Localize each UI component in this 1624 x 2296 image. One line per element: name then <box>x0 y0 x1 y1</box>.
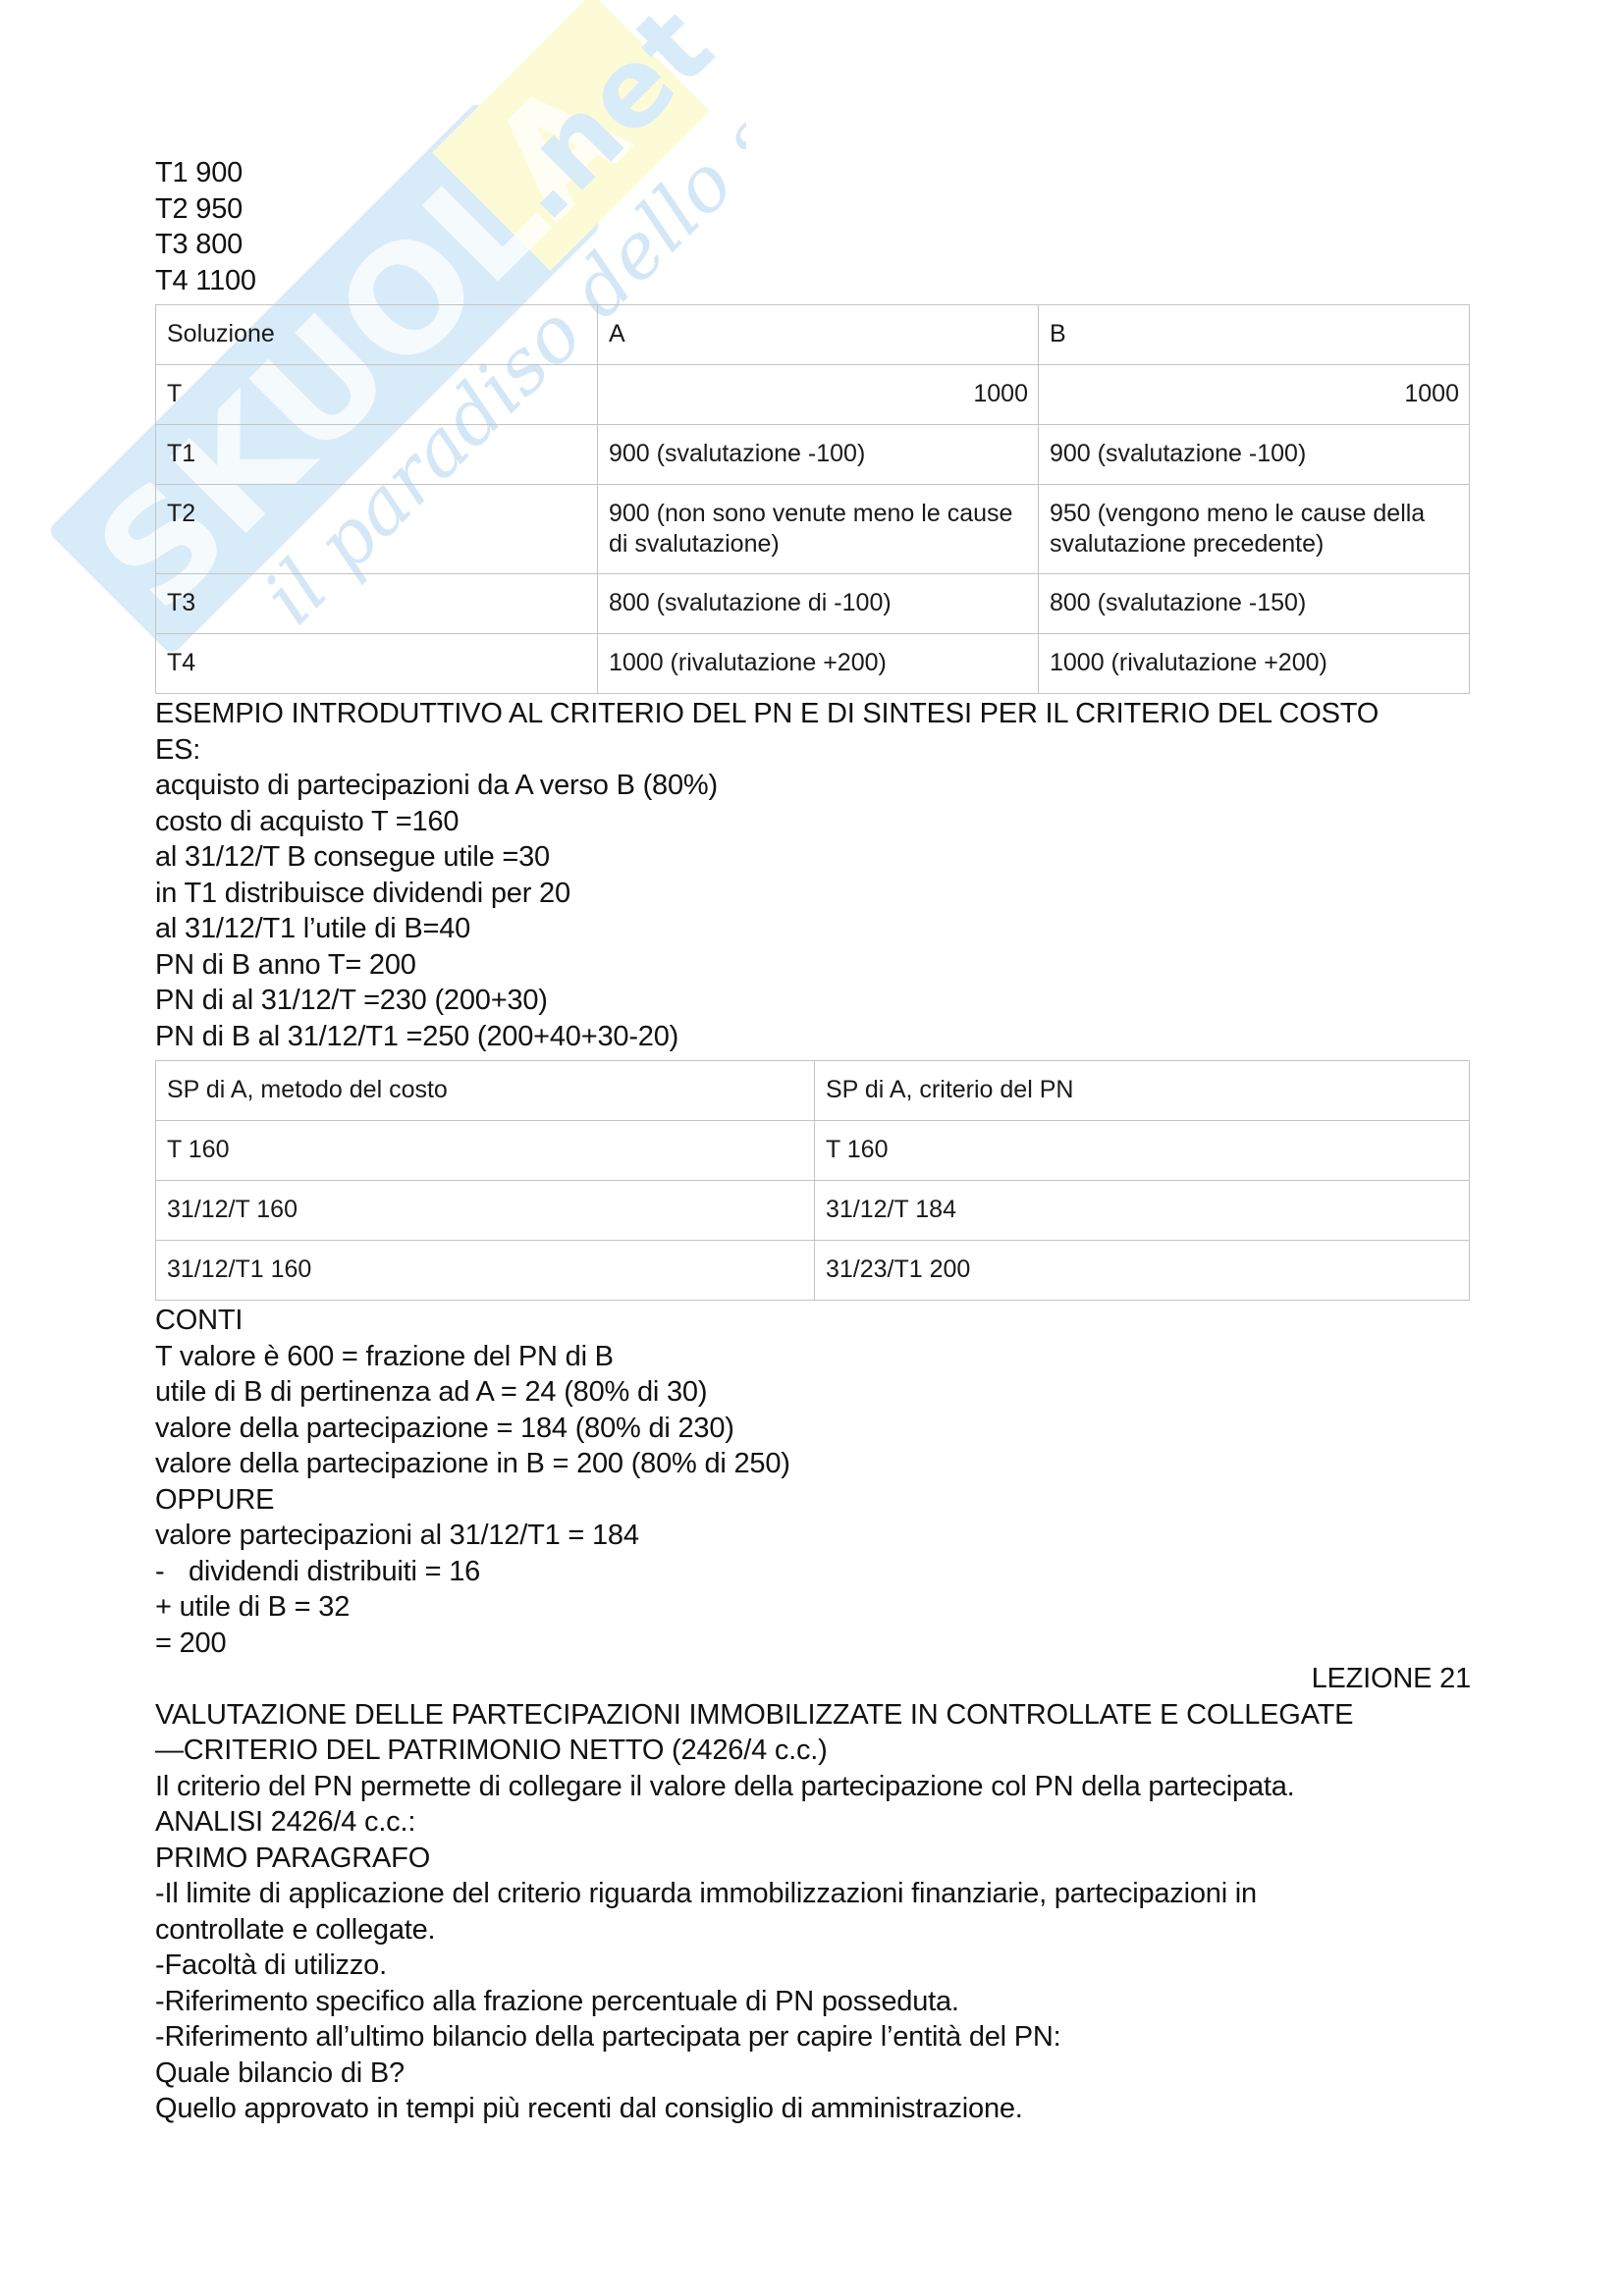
lesson-line: controllate e collegate. <box>155 1912 1471 1949</box>
table-cell: 900 (svalutazione -100) <box>1039 425 1470 485</box>
lesson-line: ANALISI 2426/4 c.c.: <box>155 1804 1471 1841</box>
example-line: al 31/12/T B consegue utile =30 <box>155 839 1471 876</box>
lesson-line: -Facoltà di utilizzo. <box>155 1948 1471 1984</box>
table-cell: T1 <box>156 425 598 485</box>
table-header-cell: Soluzione <box>156 305 598 365</box>
table-row: T4 1000 (rivalutazione +200) 1000 (rival… <box>156 634 1470 694</box>
table-cell: 800 (svalutazione di -100) <box>598 574 1039 634</box>
lesson-line: -Il limite di applicazione del criterio … <box>155 1876 1471 1912</box>
calc-line: valore partecipazioni al 31/12/T1 = 184 <box>155 1518 1471 1554</box>
example-section: ESEMPIO INTRODUTTIVO AL CRITERIO DEL PN … <box>155 696 1471 1054</box>
table-cell: T2 <box>156 485 598 574</box>
section-heading: ESEMPIO INTRODUTTIVO AL CRITERIO DEL PN … <box>155 696 1471 732</box>
table-row: 31/12/T 160 31/12/T 184 <box>156 1181 1470 1241</box>
lesson-label: LEZIONE 21 <box>155 1661 1471 1697</box>
table-header-cell: A <box>598 305 1039 365</box>
document-page: T1 900 T2 950 T3 800 T4 1100 Soluzione A… <box>155 155 1471 2127</box>
table-row: T2 900 (non sono venute meno le cause di… <box>156 485 1470 574</box>
table-cell: T3 <box>156 574 598 634</box>
table-cell: 1000 (rivalutazione +200) <box>598 634 1039 694</box>
table-cell: 31/12/T 184 <box>815 1181 1470 1241</box>
valuation-table: Soluzione A B T 1000 1000 T1 900 (svalut… <box>155 304 1470 694</box>
intro-value-line: T4 1100 <box>155 263 1471 299</box>
calc-line-minus: -dividendi distribuiti = 16 <box>155 1554 1471 1590</box>
table-row: 31/12/T1 160 31/23/T1 200 <box>156 1241 1470 1301</box>
minus-sign: - <box>155 1554 189 1590</box>
table-cell: T4 <box>156 634 598 694</box>
table-header-cell: SP di A, criterio del PN <box>815 1061 1470 1121</box>
example-line: ES: <box>155 732 1471 769</box>
table-cell: 1000 <box>598 365 1039 425</box>
example-line: acquisto di partecipazioni da A verso B … <box>155 768 1471 804</box>
table-header-row: Soluzione A B <box>156 305 1470 365</box>
lesson-line: -Riferimento specifico alla frazione per… <box>155 1984 1471 2020</box>
calc-line: = 200 <box>155 1626 1471 1662</box>
intro-values: T1 900 T2 950 T3 800 T4 1100 <box>155 155 1471 298</box>
conti-line: valore della partecipazione in B = 200 (… <box>155 1446 1471 1482</box>
example-line: al 31/12/T1 l’utile di B=40 <box>155 911 1471 947</box>
lesson-line: -Riferimento all’ultimo bilancio della p… <box>155 2019 1471 2056</box>
intro-value-line: T3 800 <box>155 227 1471 263</box>
table-cell: 1000 (rivalutazione +200) <box>1039 634 1470 694</box>
example-line: PN di al 31/12/T =230 (200+30) <box>155 983 1471 1019</box>
table-header-cell: SP di A, metodo del costo <box>156 1061 815 1121</box>
table-cell: 1000 <box>1039 365 1470 425</box>
calc-line: + utile di B = 32 <box>155 1589 1471 1626</box>
table-row: T3 800 (svalutazione di -100) 800 (svalu… <box>156 574 1470 634</box>
balance-sheet-comparison-table: SP di A, metodo del costo SP di A, crite… <box>155 1060 1470 1301</box>
table-cell: 31/23/T1 200 <box>815 1241 1470 1301</box>
section-heading: OPPURE <box>155 1482 1471 1519</box>
example-line: PN di B al 31/12/T1 =250 (200+40+30-20) <box>155 1019 1471 1055</box>
intro-value-line: T2 950 <box>155 191 1471 228</box>
calc-minus-text: dividendi distribuiti = 16 <box>189 1556 480 1587</box>
conti-line: valore della partecipazione = 184 (80% d… <box>155 1411 1471 1447</box>
table-cell: T 160 <box>156 1121 815 1181</box>
table-header-cell: B <box>1039 305 1470 365</box>
table-cell: T 160 <box>815 1121 1470 1181</box>
table-cell: 900 (non sono venute meno le cause di sv… <box>598 485 1039 574</box>
conti-section: CONTI T valore è 600 = frazione del PN d… <box>155 1303 1471 1661</box>
table-cell: 950 (vengono meno le cause della svaluta… <box>1039 485 1470 574</box>
table-cell: T <box>156 365 598 425</box>
example-line: costo di acquisto T =160 <box>155 804 1471 840</box>
table-row: T1 900 (svalutazione -100) 900 (svalutaz… <box>156 425 1470 485</box>
lesson-line: Quello approvato in tempi più recenti da… <box>155 2091 1471 2127</box>
lesson-line: Il criterio del PN permette di collegare… <box>155 1769 1471 1805</box>
lesson-line: PRIMO PARAGRAFO <box>155 1841 1471 1877</box>
conti-line: utile di B di pertinenza ad A = 24 (80% … <box>155 1374 1471 1411</box>
lesson-section: LEZIONE 21 VALUTAZIONE DELLE PARTECIPAZI… <box>155 1661 1471 2127</box>
table-cell: 800 (svalutazione -150) <box>1039 574 1470 634</box>
table-header-row: SP di A, metodo del costo SP di A, crite… <box>156 1061 1470 1121</box>
table-row: T 160 T 160 <box>156 1121 1470 1181</box>
lesson-line: Quale bilancio di B? <box>155 2056 1471 2092</box>
intro-value-line: T1 900 <box>155 155 1471 191</box>
section-heading: CONTI <box>155 1303 1471 1339</box>
table-cell: 900 (svalutazione -100) <box>598 425 1039 485</box>
example-line: in T1 distribuisce dividendi per 20 <box>155 876 1471 912</box>
example-line: PN di B anno T= 200 <box>155 947 1471 984</box>
lesson-title: —CRITERIO DEL PATRIMONIO NETTO (2426/4 c… <box>155 1733 1471 1769</box>
lesson-title: VALUTAZIONE DELLE PARTECIPAZIONI IMMOBIL… <box>155 1697 1471 1734</box>
table-cell: 31/12/T1 160 <box>156 1241 815 1301</box>
table-row: T 1000 1000 <box>156 365 1470 425</box>
table-cell: 31/12/T 160 <box>156 1181 815 1241</box>
conti-line: T valore è 600 = frazione del PN di B <box>155 1339 1471 1375</box>
